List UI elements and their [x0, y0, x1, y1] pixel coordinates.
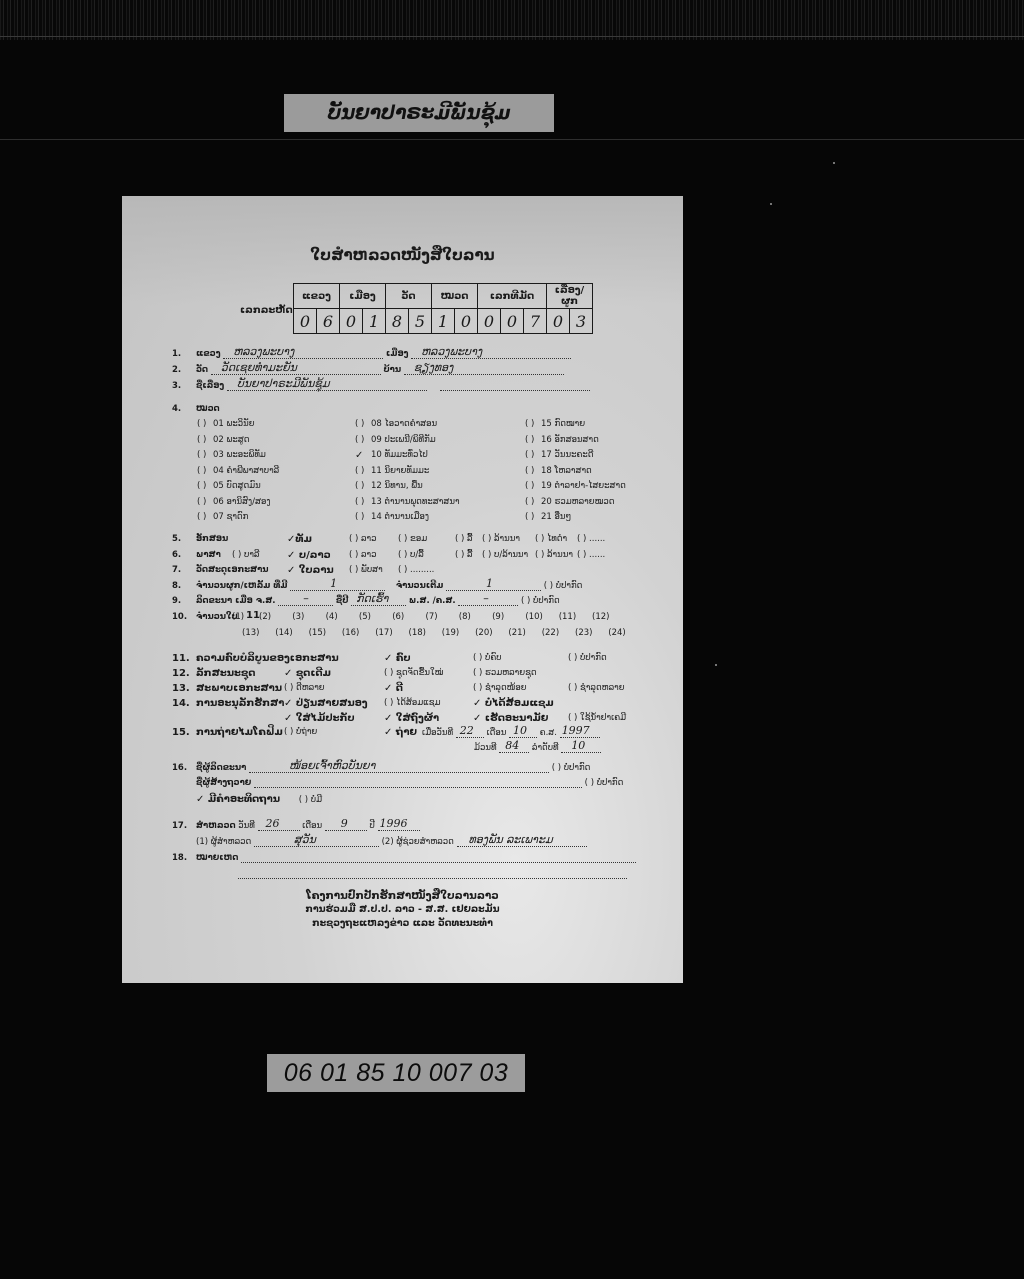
film-code-label: 06 01 85 10 007 03	[267, 1054, 525, 1092]
leaf-slot-label: (13)	[242, 628, 259, 638]
f13-option: ( ) ດີຫລາຍ	[284, 683, 325, 693]
code-table: ແຂວງເມືອງວັດໝວດເລກທີມັດເລື່ອງ/ຜູກ 060185…	[293, 283, 593, 334]
f7-option: ( ) ພັບສາ	[349, 565, 383, 575]
code-digit: 6	[317, 309, 340, 334]
field-material: 7.ວັດສະດຸເອກະສານ	[172, 565, 268, 575]
field-language: 6.ພາສາ	[172, 550, 221, 560]
f5-option: ( ) ລາວ	[349, 534, 377, 544]
leaf-slot-label: (23)	[575, 628, 592, 638]
leaf-slot-label: (4)	[326, 612, 338, 622]
f15-option: ✓ ຖ່າຍ	[384, 727, 417, 738]
category-checkbox: ( )	[525, 481, 534, 491]
category-checkbox: ( )	[197, 497, 206, 507]
film-speck	[770, 203, 772, 205]
f12-label: ລັກສະນະຊຸດ	[196, 668, 255, 679]
film-title-label: ບັນຍາປາຣະມີພັນຊຸ້ມ	[284, 94, 554, 132]
category-checkbox: ( )	[355, 419, 364, 429]
category-checkbox: ( )	[355, 481, 364, 491]
f6-option: ( ) ລາວ	[349, 550, 377, 560]
field-survey-date: 17.ສຳຫລວດ ວັນທີ 26 ເດືອນ 9 ປີ 1996	[172, 820, 420, 831]
code-digit: 0	[455, 309, 478, 334]
district-value: ຫລວງພະບາງ	[421, 345, 482, 358]
field-copy-date: 9.ລິດຂະນາ ເມື່ອ ຈ.ສ. – ຊື່ປີ ກັດເຮົ້າ ພ.…	[172, 595, 560, 606]
f7-option: ✓ ໃບລານ	[287, 565, 334, 576]
leaf-slot-label: (17)	[375, 628, 392, 638]
category-option: 19 ຕຳລາຢາ-ໄສຍະສາດ	[541, 481, 626, 491]
f14-option: ✓ ເຮັດອະນາມັຍ	[473, 713, 548, 724]
leaf-count-value: 11	[246, 610, 260, 621]
field-colophon: ✓ ມີຄຳອະທິດຖານ ( ) ບໍ່ມີ	[196, 794, 322, 805]
code-digit: 5	[409, 309, 432, 334]
f14-option: ( ) ໄດ້ສ້ອມແຊມ	[384, 698, 441, 708]
category-option: 13 ຕຳນານພຸດທະສາສນາ	[371, 497, 460, 507]
category-option: 16 ອັກສອນສາດ	[541, 435, 599, 445]
leaf-slot-label: (19)	[442, 628, 459, 638]
leaf-slot-label: (2)	[259, 612, 271, 622]
category-checkbox: ( )	[197, 481, 206, 491]
f5-option: ✓ທັມ	[287, 534, 312, 545]
remarks-line-2	[238, 868, 627, 879]
microfilm-roll: ມ້ວນທີ 84 ລຳດັບທີ 10	[474, 742, 601, 753]
code-digit: 0	[340, 309, 363, 334]
f14-option: ✓ ໃສ່ໄມ້ປະກັບ	[284, 713, 355, 724]
assistant-value: ທອງພັນ ລະເພາະມ	[469, 833, 553, 846]
surveyor-value: ສຸວັນ	[294, 833, 316, 846]
scribe-value: ໜ້ອຍເຈົ້າຫົວບັນຍາ	[289, 759, 375, 772]
code-digit: 3	[570, 309, 593, 334]
f15-option: ( ) ບໍ່ຖ່າຍ	[284, 727, 317, 737]
leaf-slot-label: (3)	[292, 612, 304, 622]
category-option: 05 ບົດສູດມົນ	[213, 481, 261, 491]
code-header: ແຂວງ	[294, 284, 340, 309]
film-noise-band	[0, 0, 1024, 40]
f5-option: ( ) ລື້	[455, 534, 473, 544]
leaf-slot-label: (12)	[592, 612, 609, 622]
code-header: ເລື່ອງ/ຜູກ	[547, 284, 593, 309]
field-scribe: 16.ຊື່ຜູ້ລິດຂະນາ ໜ້ອຍເຈົ້າຫົວບັນຍາ ( ) ບ…	[172, 762, 590, 773]
f6-option: ( ) ລື້	[455, 550, 473, 560]
code-digit: 1	[363, 309, 386, 334]
code-digit: 0	[478, 309, 501, 334]
leaf-slot-label: (6)	[392, 612, 404, 622]
field-script: 5.ອັກສອນ	[172, 534, 228, 544]
category-checkbox: ( )	[355, 497, 364, 507]
category-option: 04 ຄຳພີພາສາບາລີ	[213, 466, 279, 476]
category-option: 12 ນິທານ, ພື້ນ	[371, 481, 423, 491]
survey-form-sheet: ໃບສຳຫລວດໜັງສືໃບລານ ເລກລະຫັດ ແຂວງເມືອງວັດ…	[122, 196, 683, 983]
category-checkbox: ( )	[355, 512, 364, 522]
category-option: 17 ວັນນະຄະດີ	[541, 450, 593, 460]
f5-option: ( ) ......	[577, 534, 605, 544]
category-option: 01 ພະວິນັຍ	[213, 419, 255, 429]
category-option: 21 ອື່ນໆ	[541, 512, 571, 522]
code-digit: 8	[386, 309, 409, 334]
field-donor: ຊື່ຜູ້ສ້າງຖວາຍ ( ) ບໍ່ປາກົດ	[196, 777, 623, 788]
category-option: 11 ນິຍາຍທັມມະ	[371, 466, 429, 476]
f12-option: ( ) ຮວມຫລາຍຊຸດ	[473, 668, 537, 678]
category-checkbox: ( )	[197, 419, 206, 429]
leaf-slot-label: (7)	[426, 612, 438, 622]
code-digit: 0	[547, 309, 570, 334]
f14-option: ( ) ໃຊ້ນ້ຳຢາເຄມີ	[568, 713, 626, 723]
category-option: 06 ອານິສົງ/ສອງ	[213, 497, 270, 507]
field-number: 11.	[172, 653, 190, 664]
microfilm-date: ເມື່ອວັນທີ 22 ເດືອນ 10 ຄ.ສ. 1997	[422, 727, 600, 738]
film-scratch	[0, 36, 1024, 37]
f6-option: ( ) ......	[577, 550, 605, 560]
category-checkbox: ( )	[355, 435, 364, 445]
form-footer: ໂຄງການປົກປັກຮັກສາໜັງສືໃບລານລາວ ການຮ່ວມມື…	[122, 889, 683, 931]
leaf-slot-label: (20)	[475, 628, 492, 638]
f14-label: ການອະນຸລັກຮັກສາ	[196, 698, 284, 709]
leaf-slot-label: (22)	[542, 628, 559, 638]
category-checkbox: ✓	[355, 450, 363, 461]
f13-label: ສະພາບເອກະສານ	[196, 683, 282, 694]
field-number: 12.	[172, 668, 190, 679]
f14-option: ✓ ໃສ່ຖົງຜ້າ	[384, 713, 439, 724]
category-checkbox: ( )	[197, 450, 206, 460]
category-checkbox: ( )	[525, 512, 534, 522]
f6-option: ✓ ບ/ລາວ	[287, 550, 331, 561]
leaf-slot-label: (9)	[492, 612, 504, 622]
category-option: 09 ປະເພນີ/ພິທີກັມ	[371, 435, 436, 445]
code-digit: 1	[432, 309, 455, 334]
f13-option: ( ) ຊຳລຸດໜ້ອຍ	[473, 683, 527, 693]
leaf-slot-label: (18)	[409, 628, 426, 638]
category-option: 07 ຊາດົກ	[213, 512, 248, 522]
leaf-slot-label: (24)	[608, 628, 625, 638]
category-option: 18 ໂຫລາສາດ	[541, 466, 592, 476]
category-option: 03 ພະອະພິທັມ	[213, 450, 266, 460]
category-option: 02 ພະສູດ	[213, 435, 249, 445]
leaf-slot-label: (14)	[275, 628, 292, 638]
f13-option: ( ) ຊຳລຸດຫລາຍ	[568, 683, 625, 693]
film-speck	[715, 664, 717, 666]
code-header: ວັດ	[386, 284, 432, 309]
code-header: ເລກທີມັດ	[478, 284, 547, 309]
f7-option: ( ) .........	[398, 565, 434, 575]
category-option: 08 ໄອວາດຄຳສອນ	[371, 419, 437, 429]
bundles-value: 1	[330, 577, 337, 590]
field-number: 13.	[172, 683, 190, 694]
film-speck	[833, 162, 835, 164]
temple-value: ວັດເຊຍທຳມະຍັນ	[221, 361, 297, 374]
f6-option: ( ) ບາລີ	[232, 550, 259, 560]
f11-option: ✓ ຄົບ	[384, 653, 411, 664]
f5-option: ( ) ໄທດຳ	[535, 534, 567, 544]
field-surveyors: (1) ຜູ້ສຳຫລວດ ສຸວັນ (2) ຜູ້ຊ່ວຍສຳຫລວດ ທອ…	[196, 836, 587, 847]
field-remarks: 18.ໝາຍເຫດ	[172, 852, 636, 863]
f11-label: ຄວາມຄົບບໍລິບູນຂອງເອກະສານ	[196, 653, 339, 664]
manuscript-title-value: ບັນຍາປາຣະມີພັນຊຸ້ມ	[237, 377, 330, 390]
leaf-slot-label: (1)	[232, 612, 244, 622]
category-checkbox: ( )	[355, 466, 364, 476]
leaf-slot-label: (10)	[525, 612, 542, 622]
code-caption: ເລກລະຫັດ	[240, 305, 293, 316]
f12-option: ( ) ຊຸດຈັດຂື້ນໃໝ່	[384, 668, 443, 678]
leaf-slot-label: (11)	[559, 612, 576, 622]
form-title: ໃບສຳຫລວດໜັງສືໃບລານ	[122, 246, 683, 264]
field-title: 3.ຊື່ເລື່ອງ ບັນຍາປາຣະມີພັນຊຸ້ມ	[172, 380, 590, 391]
complete-bundles-value: 1	[486, 577, 493, 590]
film-scratch	[0, 139, 1024, 140]
field-province: 1.ແຂວງ ຫລວງພະບາງ ເມືອງ ຫລວງພະບາງ	[172, 348, 571, 359]
village-value: ຊຽງທອງ	[414, 361, 454, 374]
f5-option: ( ) ລ້ານນາ	[482, 534, 520, 544]
category-checkbox: ( )	[525, 450, 534, 460]
category-option: 10 ທັມມະທົ່ວໄປ	[371, 450, 428, 460]
leaf-slot-label: (5)	[359, 612, 371, 622]
field-bundles: 8.ຈຳນວນຜູກ/ເຫລັ້ມ ທີ່ມີ 1 ຈຳນວນເຕີມ 1 ( …	[172, 580, 582, 591]
f15-label: ການຖ່າຍໄມໂຄຟິມ	[196, 727, 283, 738]
f6-option: ( ) ບ/ລື້	[398, 550, 424, 560]
code-digit: 0	[501, 309, 524, 334]
leaf-slot-label: (21)	[508, 628, 525, 638]
f11-option: ( ) ບໍ່ປາກົດ	[568, 653, 607, 663]
f12-option: ✓ ຊຸດເດີມ	[284, 668, 331, 679]
category-checkbox: ( )	[525, 466, 534, 476]
field-temple: 2.ວັດ ວັດເຊຍທຳມະຍັນ ບ້ານ ຊຽງທອງ	[172, 364, 564, 375]
field-leaves: 10.ຈຳນວນໃບ	[172, 612, 238, 622]
province-value: ຫລວງພະບາງ	[233, 345, 294, 358]
code-header: ເມືອງ	[340, 284, 386, 309]
f5-option: ( ) ຂອມ	[398, 534, 427, 544]
category-checkbox: ( )	[525, 497, 534, 507]
code-digit: 0	[294, 309, 317, 334]
field-number: 14.	[172, 698, 190, 709]
category-checkbox: ( )	[197, 512, 206, 522]
f13-option: ✓ ດີ	[384, 683, 403, 694]
year-name-value: ກັດເຮົ້າ	[356, 592, 388, 605]
category-option: 20 ຮວມຫລາຍໝວດ	[541, 497, 614, 507]
code-digit: 7	[524, 309, 547, 334]
category-checkbox: ( )	[525, 435, 534, 445]
category-checkbox: ( )	[197, 435, 206, 445]
f6-option: ( ) ບ/ລ້ານນາ	[482, 550, 528, 560]
category-checkbox: ( )	[197, 466, 206, 476]
category-option: 15 ກົດໝາຍ	[541, 419, 585, 429]
f11-option: ( ) ບໍ່ຄົບ	[473, 653, 502, 663]
leaf-slot-label: (8)	[459, 612, 471, 622]
leaf-slot-label: (15)	[309, 628, 326, 638]
code-header: ໝວດ	[432, 284, 478, 309]
field-category: 4.ໝວດ	[172, 404, 220, 414]
category-option: 14 ຕຳນານເມືອງ	[371, 512, 429, 522]
category-checkbox: ( )	[525, 419, 534, 429]
field-number: 15.	[172, 727, 190, 738]
f14-option: ✓ ປ່ຽນສາຍສນອງ	[284, 698, 368, 709]
f6-option: ( ) ລ້ານນາ	[535, 550, 573, 560]
f14-option: ✓ ບໍ່ໄດ້ສ້ອມແຊມ	[473, 698, 554, 709]
leaf-slot-label: (16)	[342, 628, 359, 638]
